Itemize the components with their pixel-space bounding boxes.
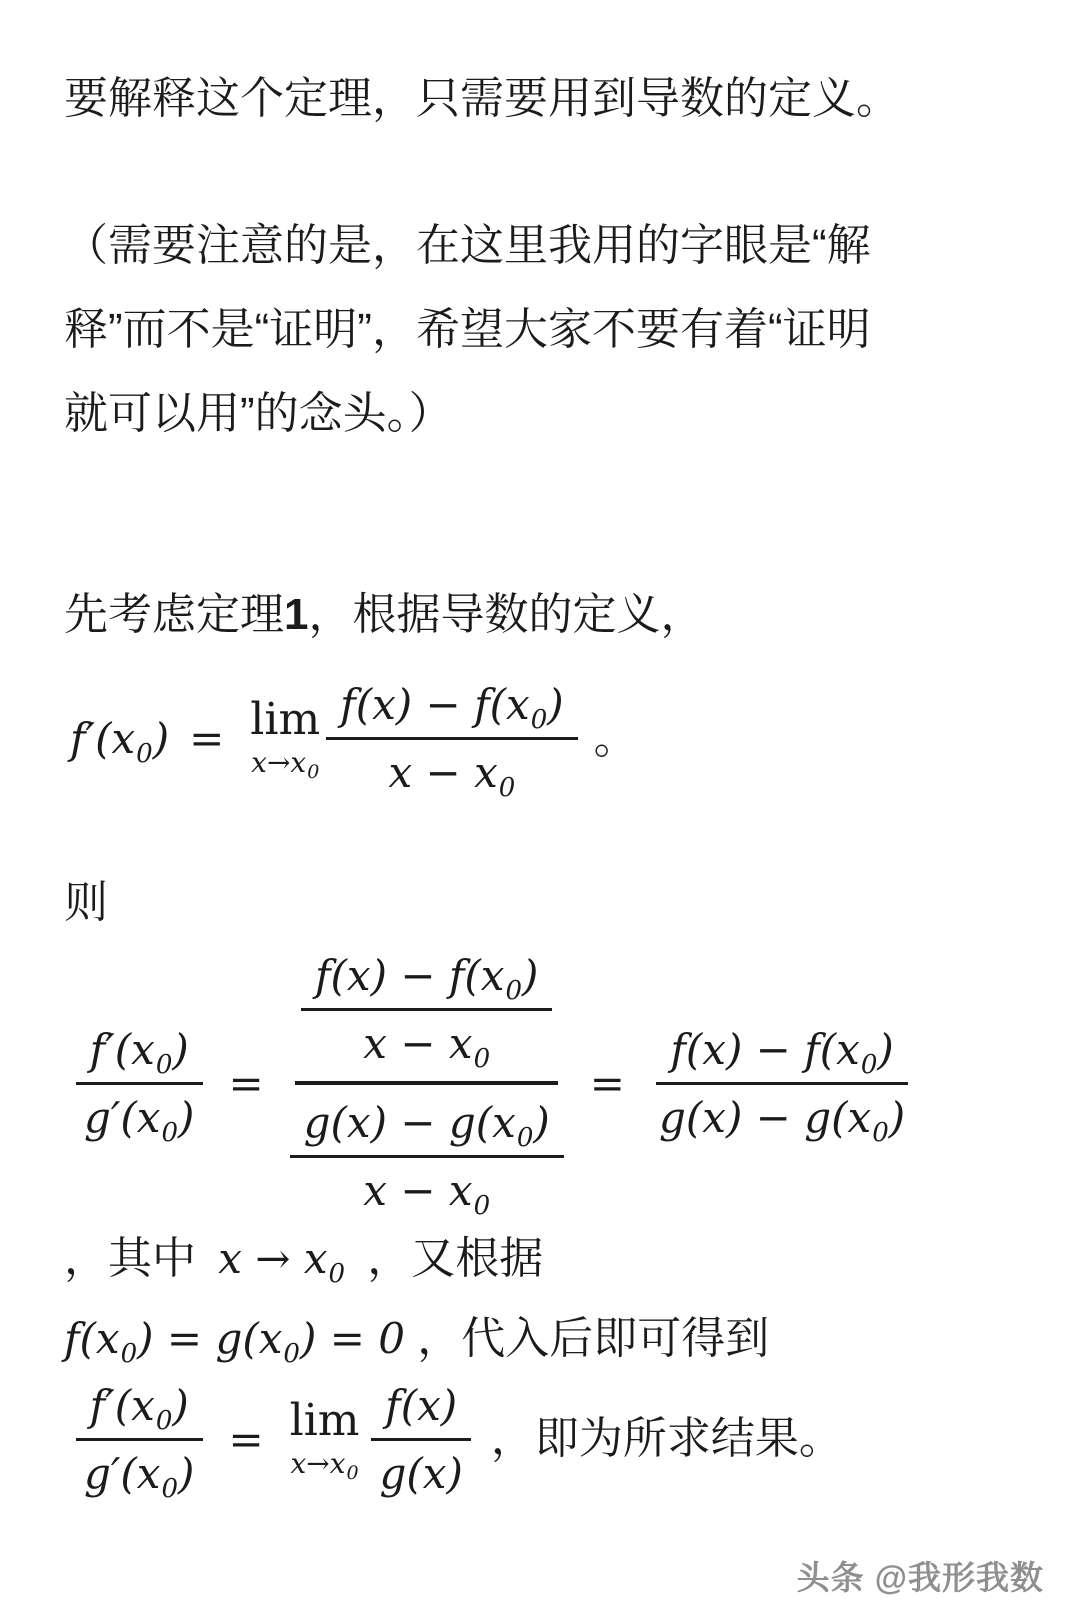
lhs-numerator: f′(x0) [76, 1024, 203, 1085]
equals-sign-2: = [590, 1059, 625, 1108]
fraction-denominator: x − x0 [374, 740, 529, 798]
limit-word: lim [250, 698, 320, 742]
final-limit-word: lim [290, 1399, 360, 1443]
watermark-toutiao: 头条 @我形我数 [797, 1552, 1044, 1599]
paragraph-where: ，其中 x → x0 ，又根据 [64, 1232, 1024, 1286]
formula-final-result: f′(x0) g′(x0) = lim x→x0 f(x) g(x) ，即为所求… [70, 1380, 1024, 1499]
final-limit-subscript: x→x0 [291, 1447, 359, 1480]
limit-stack: lim x→x0 [250, 698, 320, 779]
rhs-numerator: f(x) − f(x0) [656, 1024, 907, 1085]
compound-fraction: f(x) − f(x0) x − x0 g(x) − g(x0) x − x0 [284, 950, 570, 1216]
paragraph-then: 则 [64, 876, 1024, 930]
equals-sign: = [189, 714, 224, 763]
compound-numerator: f(x) − f(x0) x − x0 [295, 950, 558, 1085]
equals-sign-1: = [228, 1059, 263, 1108]
ideographic-period: 。 [594, 712, 638, 766]
final-rhs-denominator: g(x) [366, 1441, 477, 1499]
note-line-3: 就可以用”的念头。） [64, 372, 1024, 456]
bottom-inner-denominator: x − x0 [349, 1158, 504, 1216]
final-lhs-fraction: f′(x0) g′(x0) [70, 1380, 208, 1499]
rhs-fraction: f(x) − f(x0) g(x) − g(x0) [645, 1024, 919, 1143]
rhs-denominator: g(x) − g(x0) [645, 1085, 919, 1143]
difference-quotient-fraction: f(x) − f(x0) x − x0 [326, 679, 577, 798]
consider-text: 先考虑定理 [64, 590, 284, 639]
final-rhs-fraction: f(x) g(x) [366, 1380, 477, 1499]
final-lhs-numerator: f′(x0) [76, 1380, 203, 1441]
final-rhs-numerator: f(x) [371, 1380, 471, 1441]
final-lhs-denominator: g′(x0) [70, 1441, 208, 1499]
derivative-lhs: f′(x0) [70, 714, 169, 763]
compound-denominator: g(x) − g(x0) x − x0 [284, 1085, 570, 1216]
formula-ratio-identity: f′(x0) g′(x0) = f(x) − f(x0) x − x0 g(x)… [70, 950, 1024, 1216]
given-condition-math: f(x0) = g(x0) = 0 [64, 1314, 405, 1363]
paragraph-given: f(x0) = g(x0) = 0 ，代入后即可得到 [64, 1312, 1024, 1366]
final-limit-stack: lim x→x0 [290, 1399, 360, 1480]
final-equals-sign: = [228, 1415, 263, 1464]
lhs-derivative-ratio-fraction: f′(x0) g′(x0) [70, 1024, 208, 1143]
note-line-2: 释”而不是“证明”，希望大家不要有着“证明 [64, 288, 1024, 372]
limit-subscript: x→x0 [251, 746, 319, 779]
top-inner-fraction: f(x) − f(x0) x − x0 [301, 950, 552, 1069]
article-page: 要解释这个定理，只需要用到导数的定义。 （需要注意的是，在这里我用的字眼是“解 … [0, 0, 1080, 1613]
top-inner-numerator: f(x) − f(x0) [301, 950, 552, 1011]
where-text-after: ，又根据 [355, 1234, 543, 1283]
note-line-1: （需要注意的是，在这里我用的字眼是“解 [64, 204, 1024, 288]
formula-derivative-definition: f′(x0) = lim x→x0 f(x) − f(x0) x − x0 。 [70, 679, 1024, 798]
where-limit-math: x → x0 [218, 1234, 345, 1283]
paragraph-consider: 先考虑定理1，根据导数的定义， [64, 588, 1024, 642]
bottom-inner-numerator: g(x) − g(x0) [290, 1097, 564, 1158]
fraction-numerator: f(x) − f(x0) [326, 679, 577, 740]
given-text-after: ，代入后即可得到 [405, 1314, 769, 1363]
top-inner-denominator: x − x0 [349, 1011, 504, 1069]
paragraph-intro: 要解释这个定理，只需要用到导数的定义。 [64, 72, 1024, 126]
lhs-denominator: g′(x0) [70, 1085, 208, 1143]
bottom-inner-fraction: g(x) − g(x0) x − x0 [290, 1097, 564, 1216]
conclusion-text: ，即为所求结果。 [491, 1412, 843, 1466]
theorem-number: 1 [284, 590, 308, 639]
consider-text-after: ，根据导数的定义， [308, 590, 704, 639]
where-text: ，其中 [64, 1234, 208, 1283]
paragraph-note: （需要注意的是，在这里我用的字眼是“解 释”而不是“证明”，希望大家不要有着“证… [64, 204, 1024, 456]
